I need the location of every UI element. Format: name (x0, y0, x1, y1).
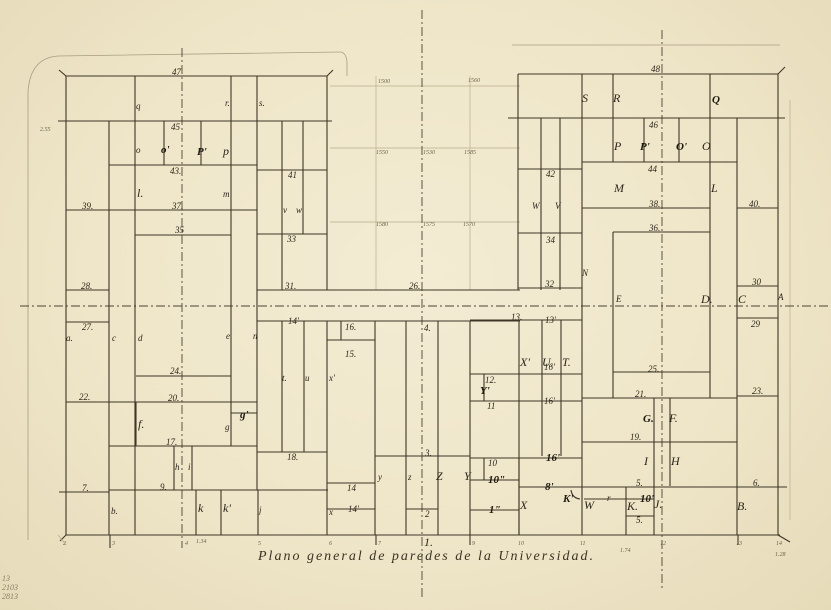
room-letter: O' (676, 141, 687, 153)
room-number: 17. (166, 437, 177, 447)
room-number: 3. (424, 448, 432, 458)
dimension-note: 1585 (464, 150, 476, 156)
room-letter: y (377, 472, 382, 482)
room-number: 14 (347, 483, 357, 493)
room-number: 27. (82, 322, 93, 332)
room-number: 20. (168, 393, 179, 403)
dimension-note: 1550 (376, 150, 388, 156)
room-number: 30 (751, 277, 762, 287)
room-letter: t. (282, 373, 287, 383)
room-letter: K. (626, 499, 638, 513)
room-number: 40. (749, 199, 760, 209)
room-letter: j (258, 505, 262, 515)
room-number: 31. (284, 281, 296, 291)
room-letter: H (670, 454, 681, 468)
room-number: 24. (170, 366, 181, 376)
room-number: 33 (286, 234, 297, 244)
room-letter: Z (436, 469, 443, 483)
room-letter: D. (700, 292, 713, 306)
tick-label: 14 (776, 540, 782, 547)
tick-label: 12 (660, 541, 666, 547)
room-letter: w (296, 205, 302, 215)
room-letter: u (305, 373, 310, 383)
room-number: 39. (81, 201, 93, 211)
dimension-note: 1.74 (620, 547, 631, 554)
room-letter: I (643, 454, 649, 468)
room-letter: o (136, 145, 141, 155)
right-room-letters: S R Q P P' O' O M L W V N E D. C A X' U.… (480, 91, 784, 513)
room-number: 4. (424, 323, 431, 333)
room-number: 45 (171, 122, 181, 132)
dimension-note: 1560 (468, 78, 480, 84)
room-number: 13' (545, 315, 557, 325)
room-number: 1. (424, 535, 433, 549)
room-letter: c (112, 333, 116, 343)
room-number: 16. (345, 322, 356, 332)
room-letter: o' (161, 144, 170, 156)
room-letter: i (188, 462, 191, 472)
room-number: 2 (425, 509, 430, 519)
room-letter: l. (137, 186, 143, 200)
floor-plan-drawing: 2 3 4 5 6 7 9 10 11 12 13 14 2.55 1.34 1… (0, 0, 831, 610)
room-letter: g' (239, 409, 249, 421)
room-number: 7. (82, 483, 89, 493)
dimension-note: 1500 (378, 79, 390, 85)
left-room-letters: q r. s. o o' P' p l. m v w a. c d e n t.… (66, 98, 412, 517)
room-letter: m (223, 189, 230, 199)
room-letter: e (226, 331, 230, 341)
room-number: 26. (409, 281, 420, 291)
room-letter: q (136, 101, 141, 111)
room-number: 34 (545, 235, 556, 245)
middle-room-letters: Z Y (436, 469, 472, 483)
axis-ticks: 2 3 4 5 6 7 9 10 11 12 13 14 (58, 535, 782, 548)
room-number: 9. (160, 482, 167, 492)
dimension-note: 1570 (463, 222, 475, 228)
room-letter: M (613, 181, 625, 195)
room-letter: E (615, 294, 622, 304)
room-letter: a. (66, 333, 73, 343)
room-letter: P' (640, 141, 650, 153)
corner-pencil-note: 13 2103 2813 (2, 574, 18, 601)
plan-title-caption: Plano general de paredes de la Universid… (258, 549, 595, 565)
room-letter: r (607, 493, 611, 503)
room-letter: s. (259, 98, 265, 108)
tick-label: 2 (63, 541, 66, 547)
room-letter: R (612, 91, 621, 105)
dimension-notes: 2.55 1.34 1.74 1.28 1500 1560 1550 1530 … (40, 78, 786, 558)
room-letter: A (777, 292, 784, 302)
room-number: 28. (81, 281, 92, 291)
room-letter: U. (542, 355, 554, 369)
dimension-note: 1575 (423, 222, 435, 228)
room-number: 19. (630, 432, 641, 442)
room-number: 10 (488, 458, 498, 468)
room-letter: g (225, 422, 230, 432)
room-letter: S (582, 91, 588, 105)
plan-sheet: 2 3 4 5 6 7 9 10 11 12 13 14 2.55 1.34 1… (0, 0, 831, 610)
tick-label: 13 (736, 541, 742, 547)
tick-label: 7 (378, 541, 382, 547)
room-letter: X' (519, 355, 530, 369)
room-letter: x (328, 507, 333, 517)
room-number: 38. (648, 199, 660, 209)
tick-label: 4 (185, 540, 188, 547)
room-number: 14' (348, 504, 360, 514)
room-number: 16' (544, 396, 556, 406)
room-number: 29 (751, 319, 761, 329)
room-number: 15. (345, 349, 356, 359)
tick-label: 5 (258, 541, 261, 547)
room-letter: F. (668, 411, 678, 425)
room-letter: J. (654, 497, 662, 511)
room-letter: b. (111, 506, 118, 516)
room-number: 5. (636, 515, 643, 525)
room-number: 5. (636, 478, 643, 488)
right-room-numbers: 48 46 44 42 38. 40. 36. 34 32 30 29 13. … (485, 64, 763, 525)
tick-label: 11 (580, 541, 586, 547)
dimension-note: 1580 (376, 222, 388, 228)
room-letter: W (532, 201, 541, 211)
room-number: 22. (79, 392, 90, 402)
room-letter: N (581, 268, 589, 278)
room-letter: v (283, 205, 287, 215)
room-letter: X (519, 498, 528, 512)
room-letter: P (613, 139, 622, 153)
room-letter: p (222, 144, 229, 158)
corner-note-line: 2103 (2, 583, 18, 592)
corner-note-line: 13 (2, 574, 18, 583)
tick-label: 10 (518, 541, 524, 547)
room-letter: B. (737, 499, 747, 513)
room-number: 35 (174, 225, 185, 235)
room-number: 21. (635, 389, 646, 399)
room-letter: k' (223, 501, 231, 515)
room-number: 43. (170, 166, 181, 176)
room-letter: L (710, 181, 718, 195)
room-number: 16' (546, 452, 560, 464)
left-wing-walls (58, 70, 780, 541)
room-number: 14' (288, 316, 300, 326)
dimension-note: 1530 (423, 150, 435, 156)
room-letter: k (198, 501, 204, 515)
room-number: 18. (287, 452, 298, 462)
room-number: 37. (171, 201, 183, 211)
room-letter: h (175, 462, 180, 472)
tick-label: 3 (111, 541, 115, 547)
room-number: 48 (651, 64, 661, 74)
tick-label: 9 (472, 541, 475, 547)
room-letter: V (555, 201, 562, 211)
room-number: 23. (752, 386, 763, 396)
room-number: 36. (648, 223, 660, 233)
room-number: 47 (172, 67, 182, 77)
room-letter: Y' (480, 385, 490, 397)
room-letter: z (407, 472, 412, 482)
room-number: 41 (288, 170, 297, 180)
room-number: 25. (648, 364, 659, 374)
room-number: 6. (753, 478, 760, 488)
room-number: 42 (546, 169, 556, 179)
room-letter: P' (197, 146, 207, 158)
room-number: 11 (487, 401, 495, 411)
dimension-note: 1.34 (196, 538, 207, 545)
room-letter: x' (328, 373, 336, 383)
room-letter: Y (464, 469, 472, 483)
tick-label: 6 (329, 541, 332, 547)
room-number: 8' (545, 481, 554, 493)
room-letter: n (253, 331, 258, 341)
room-letter: r. (225, 98, 230, 108)
dimension-note: 1.28 (775, 552, 786, 558)
room-number: 1" (489, 504, 501, 516)
dimension-note: 2.55 (40, 127, 51, 133)
room-number: 13. (511, 312, 522, 322)
room-letter: d (138, 333, 143, 343)
room-letter: K' (562, 493, 573, 505)
room-number: 10" (488, 474, 505, 486)
corner-note-line: 2813 (2, 592, 18, 601)
room-letter: C (738, 292, 747, 306)
room-letter: O (702, 139, 711, 153)
room-number: 46 (649, 120, 659, 130)
room-letter: T. (562, 355, 571, 369)
room-letter: G. (643, 413, 654, 425)
room-number: 12. (485, 375, 496, 385)
room-number: 10' (640, 493, 654, 505)
room-letter: f. (138, 417, 144, 431)
room-number: 32 (544, 279, 555, 289)
room-letter: Q (712, 94, 720, 106)
room-letter: W (584, 498, 595, 512)
room-number: 44 (648, 164, 658, 174)
